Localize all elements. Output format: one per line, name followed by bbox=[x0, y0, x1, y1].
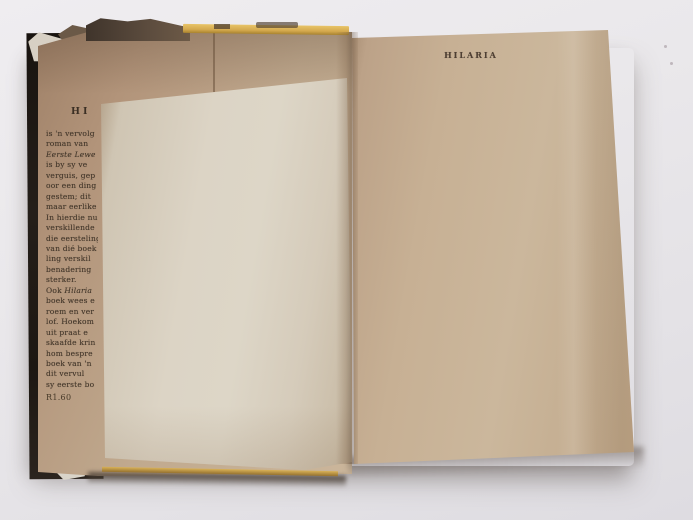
flap-fold-edge bbox=[213, 30, 215, 92]
flap-text-line: In hierdie nu bbox=[46, 213, 98, 223]
dust-speck bbox=[664, 45, 667, 48]
flap-text-line: ling verskil bbox=[46, 254, 98, 264]
jacket-remnant-smudge bbox=[214, 24, 230, 29]
flap-text-line: dit vervul bbox=[46, 369, 98, 379]
dust-speck bbox=[670, 62, 673, 65]
flap-text-line: roman van bbox=[46, 139, 98, 149]
flap-text-line: skaafde krin bbox=[46, 338, 98, 348]
flap-text-line: lof. Hoekom bbox=[46, 317, 98, 327]
flap-text-line: boek van 'n bbox=[46, 359, 98, 369]
flap-text-line: sy eerste bo bbox=[46, 380, 98, 390]
flap-text-line: die eersteling bbox=[46, 234, 98, 244]
running-head-title: HILARIA bbox=[416, 50, 526, 60]
torn-jacket-top-strip bbox=[86, 17, 190, 41]
flap-text-line: benadering bbox=[46, 265, 98, 275]
flap-text-line: is by sy ve bbox=[46, 160, 98, 170]
flap-text-line: roem en ver bbox=[46, 307, 98, 317]
flap-text-line: gestem; dit bbox=[46, 192, 98, 202]
flap-text-line: maar eerlike bbox=[46, 202, 98, 212]
flap-text-line: boek wees e bbox=[46, 296, 98, 306]
flap-title-fragment: HI bbox=[71, 106, 98, 118]
flap-blurb-text: is 'n vervolgroman vanEerste Leweis by s… bbox=[46, 129, 98, 391]
flap-text-line: verguis, gep bbox=[46, 171, 98, 181]
flap-price: R1.60 bbox=[46, 393, 96, 402]
flap-text-line: van dié boek bbox=[46, 244, 98, 254]
flap-text-line: Eerste Lewe bbox=[46, 150, 98, 160]
flap-text-line: sterker. bbox=[46, 275, 98, 285]
page-gutter bbox=[336, 32, 358, 464]
flap-text-line: is 'n vervolg bbox=[46, 129, 98, 139]
flap-text-line: uit praat e bbox=[46, 328, 98, 338]
flap-text-line: Ook Hilaria bbox=[46, 286, 98, 296]
front-flyleaf-page bbox=[95, 70, 353, 476]
photo-open-book: HI is 'n vervolgroman vanEerste Leweis b… bbox=[0, 0, 693, 520]
flap-text-line: hom bespre bbox=[46, 349, 98, 359]
flap-text-line: oor een ding bbox=[46, 181, 98, 191]
jacket-remnant-smudge bbox=[256, 22, 298, 28]
right-page bbox=[352, 28, 636, 466]
flap-text-line: verskillende bbox=[46, 223, 98, 233]
